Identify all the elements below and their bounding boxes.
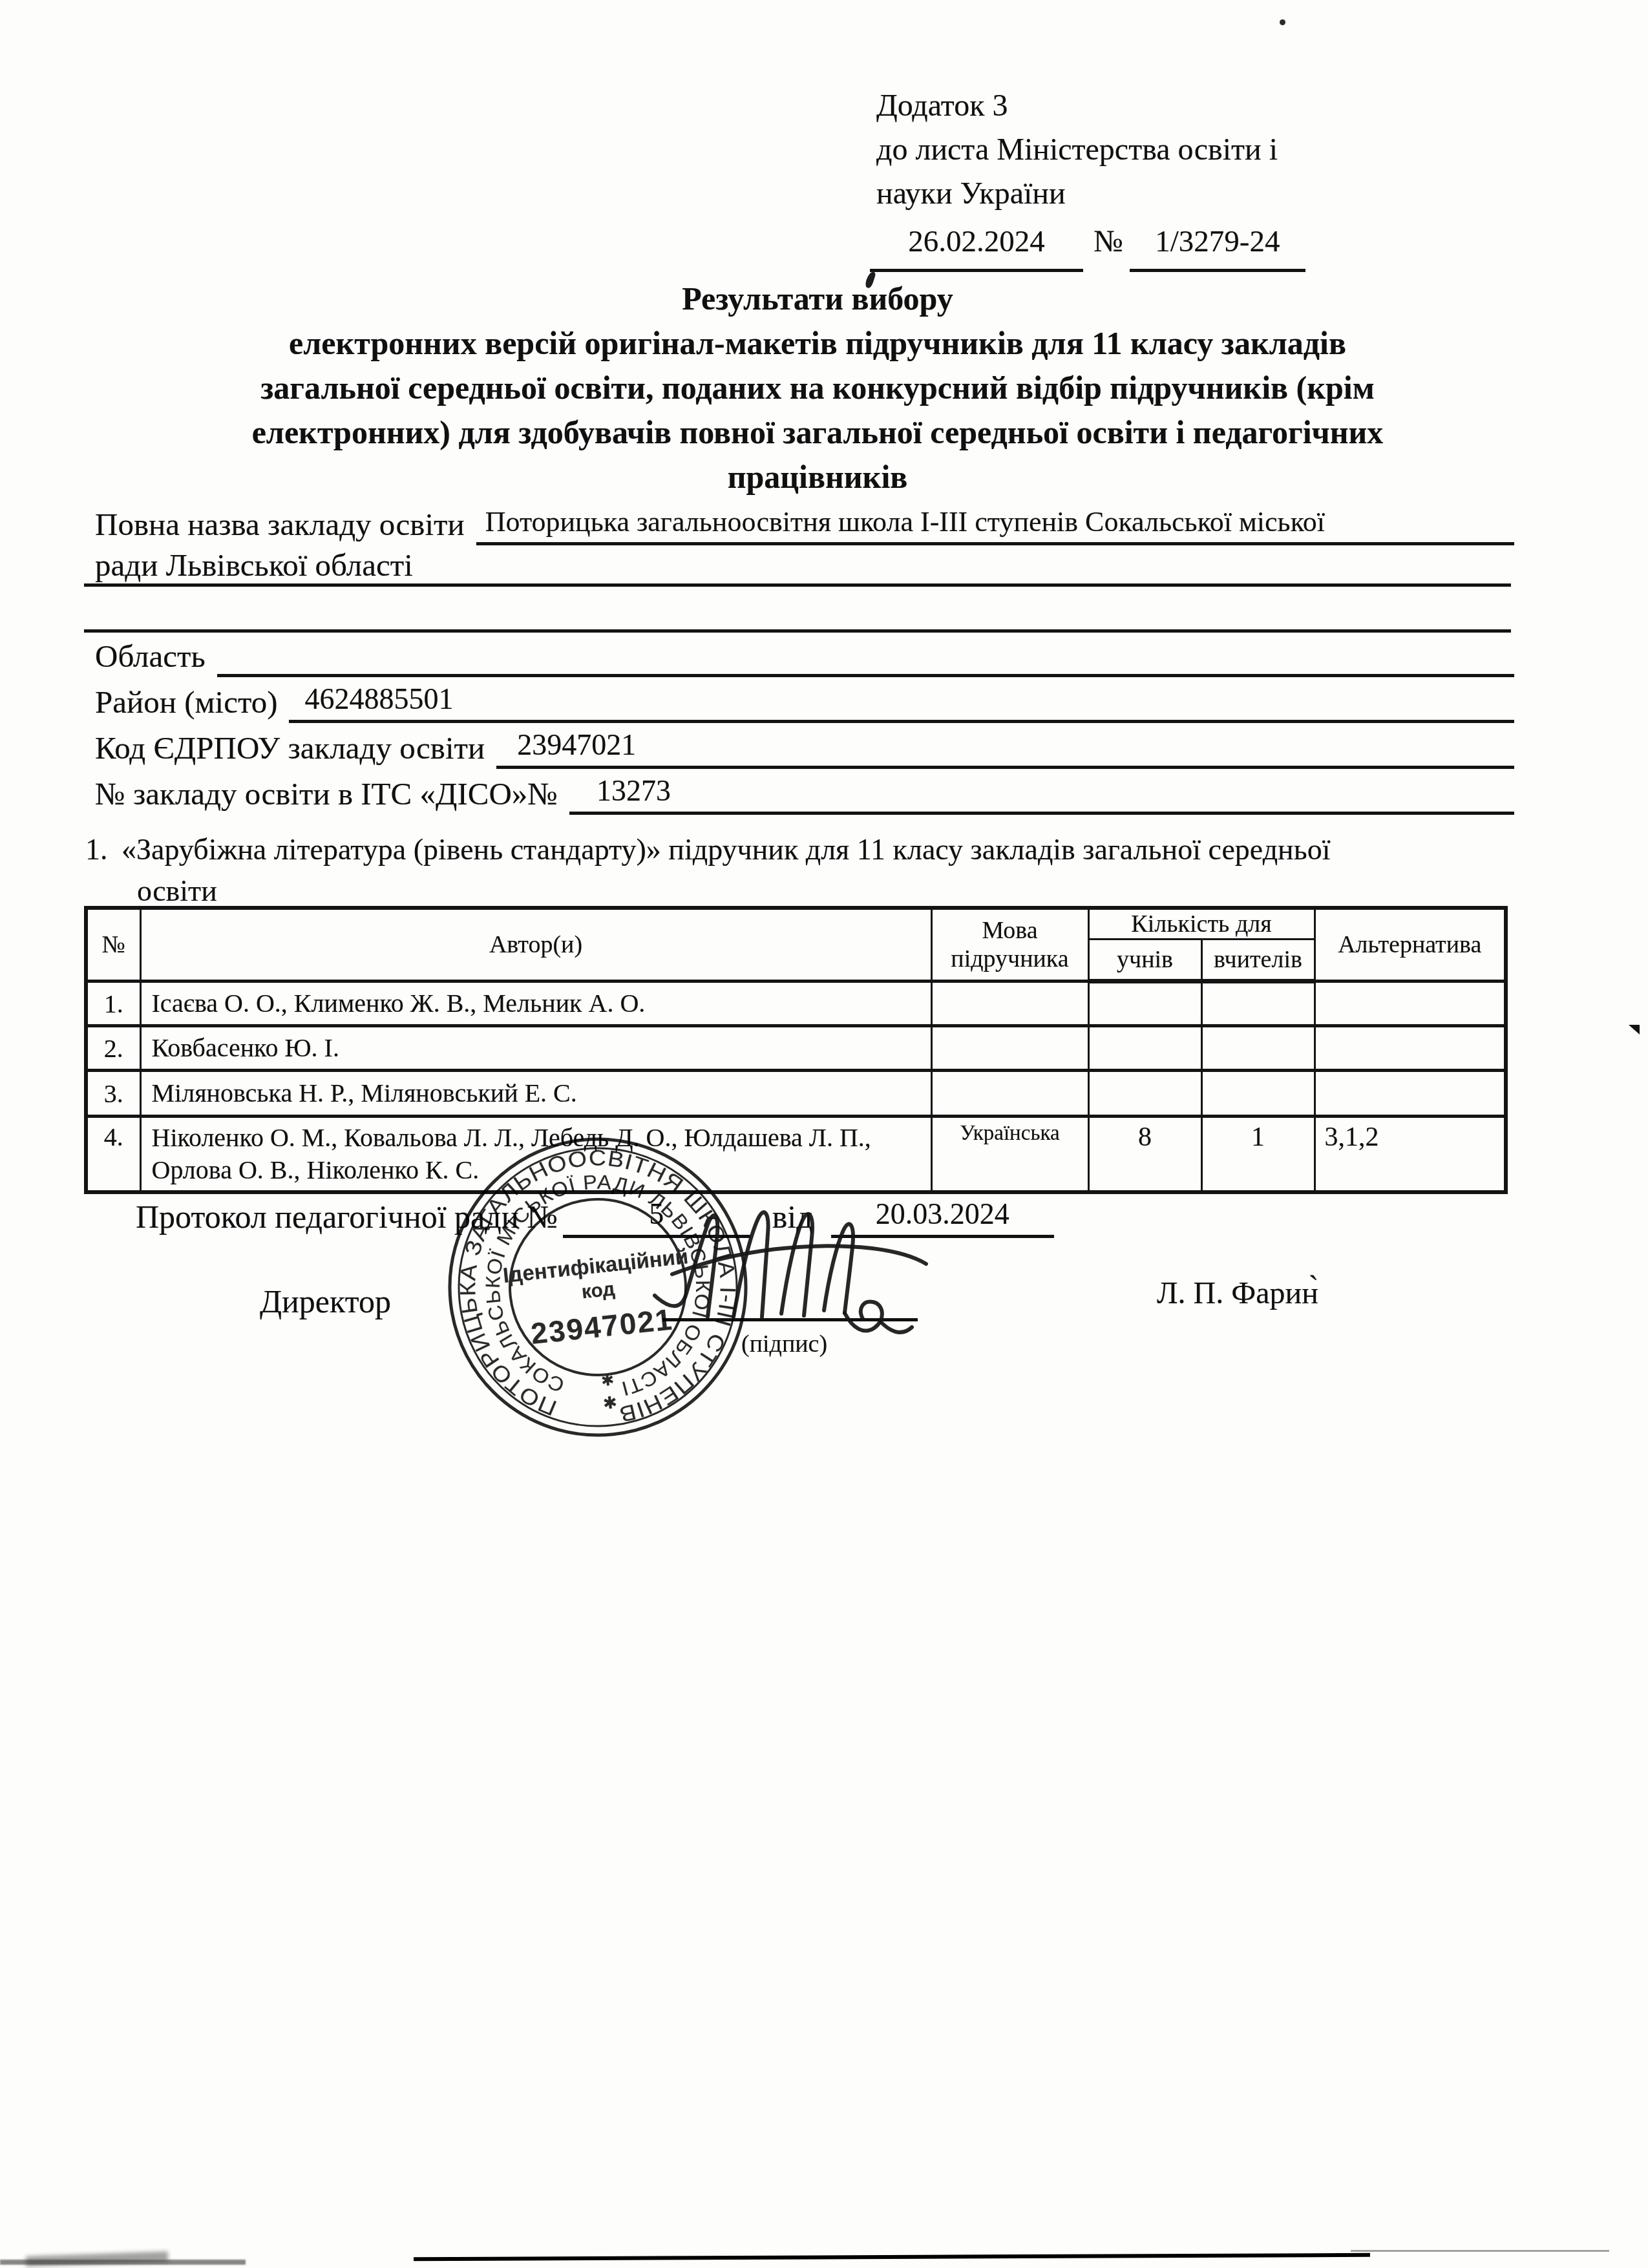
col-header-teachers: вчителів — [1201, 940, 1315, 982]
numero-sign: № — [1093, 224, 1123, 258]
list-item-number: 1. — [85, 832, 121, 866]
row-alternative — [1315, 1071, 1506, 1117]
field-school-value-line2: ради Львівської області — [84, 547, 1511, 587]
field-itc-diso: № закладу освіти в ІТС «ДІСО»№ 13273 — [95, 773, 1514, 815]
field-school-label: Повна назва закладу освіти — [95, 506, 476, 545]
row-teachers — [1201, 982, 1315, 1026]
title-line-3: загальної середньої освіти, поданих на к… — [107, 366, 1528, 410]
field-itc-label: № закладу освіти в ІТС «ДІСО»№ — [95, 775, 569, 815]
document-title: Результати вибору електронних версій ори… — [107, 277, 1528, 499]
row-alternative: 3,1,2 — [1315, 1117, 1506, 1193]
list-item-1: 1.«Зарубіжна література (рівень стандарт… — [85, 832, 1330, 866]
col-header-language: Мова підручника — [931, 908, 1088, 982]
row-number: 1. — [86, 982, 140, 1026]
col-header-num: № — [86, 908, 140, 982]
list-item-1-wrap: освіти — [137, 874, 217, 908]
row-authors: Міляновська Н. Р., Міляновський Е. С. — [140, 1071, 931, 1117]
row-language — [931, 982, 1088, 1026]
row-authors: Ісаєва О. О., Клименко Ж. В., Мельник А.… — [140, 982, 931, 1026]
field-oblast: Область — [95, 636, 1514, 677]
table-row: 4. Ніколенко О. М., Ковальова Л. Л., Леб… — [86, 1117, 1506, 1193]
annex-date: 26.02.2024 — [870, 220, 1083, 272]
field-edrpou: Код ЄДРПОУ закладу освіти 23947021 — [95, 728, 1514, 769]
blank-rule-line — [84, 591, 1511, 633]
scan-artifact-line-right — [1351, 2250, 1609, 2252]
row-language — [931, 1071, 1088, 1117]
annex-number: 1/3279-24 — [1130, 220, 1305, 272]
field-oblast-label: Область — [95, 638, 217, 677]
row-students — [1088, 1071, 1201, 1117]
row-language: Українська — [931, 1117, 1088, 1193]
textbook-selection-table: № Автор(и) Мова підручника Кількість для… — [84, 906, 1508, 1194]
row-number: 4. — [86, 1117, 140, 1193]
annex-line-3: науки України — [876, 172, 1305, 216]
handwritten-signature — [637, 1189, 973, 1363]
row-alternative — [1315, 1026, 1506, 1071]
annex-line-2: до листа Міністерства освіти і — [876, 128, 1305, 172]
row-number: 3. — [86, 1071, 140, 1117]
col-header-quantity: Кількість для — [1088, 908, 1315, 940]
scan-artifact-line — [414, 2253, 1370, 2261]
stamp-center-line2: код — [580, 1278, 616, 1303]
title-line-4: електронних) для здобувачів повної загал… — [107, 410, 1528, 455]
table-row: 2. Ковбасенко Ю. І. — [86, 1026, 1506, 1071]
annex-header: Додаток 3 до листа Міністерства освіти і… — [876, 84, 1305, 272]
col-header-alternative: Альтернатива — [1315, 908, 1506, 982]
list-item-text: «Зарубіжна література (рівень стандарту)… — [121, 833, 1330, 866]
col-header-language-line1: Мова — [933, 916, 1088, 945]
director-name: Л. П. Фарин̀ — [1157, 1276, 1318, 1311]
stamp-star-outer: ✱ — [602, 1392, 618, 1413]
row-language — [931, 1026, 1088, 1071]
row-teachers: 1 — [1201, 1117, 1315, 1193]
stamp-star-inner: ✱ — [600, 1371, 615, 1390]
row-students — [1088, 1026, 1201, 1071]
table-row: 3. Міляновська Н. Р., Міляновський Е. С. — [86, 1071, 1506, 1117]
col-header-language-line2: підручника — [933, 945, 1088, 973]
row-authors: Ковбасенко Ю. І. — [140, 1026, 931, 1071]
field-itc-value: 13273 — [569, 773, 1514, 815]
field-oblast-value — [217, 670, 1514, 677]
field-rayon-value: 4624885501 — [289, 682, 1514, 723]
field-edrpou-label: Код ЄДРПОУ закладу освіти — [95, 730, 496, 769]
title-line-2: електронних версій оригінал-макетів підр… — [107, 321, 1528, 366]
field-edrpou-value: 23947021 — [496, 728, 1514, 769]
row-students: 8 — [1088, 1117, 1201, 1193]
row-alternative — [1315, 982, 1506, 1026]
field-rayon: Район (місто) 4624885501 — [95, 682, 1514, 723]
scan-mark-right-edge — [1629, 1025, 1640, 1034]
table-row: 1. Ісаєва О. О., Клименко Ж. В., Мельник… — [86, 982, 1506, 1026]
scanned-document-page: Додаток 3 до листа Міністерства освіти і… — [0, 0, 1648, 2268]
col-header-authors: Автор(и) — [140, 908, 931, 982]
row-teachers — [1201, 1071, 1315, 1117]
scan-speck-top-right — [1280, 19, 1285, 25]
table-header-row-1: № Автор(и) Мова підручника Кількість для… — [86, 908, 1506, 940]
row-teachers — [1201, 1026, 1315, 1071]
title-line-1: Результати вибору — [107, 277, 1528, 321]
row-students — [1088, 982, 1201, 1026]
title-line-5: працівників — [107, 455, 1528, 499]
field-school-name: Повна назва закладу освіти Поторицька за… — [95, 503, 1514, 545]
annex-line-1: Додаток 3 — [876, 84, 1305, 128]
row-number: 2. — [86, 1026, 140, 1071]
field-rayon-label: Район (місто) — [95, 684, 289, 723]
director-label: Директор — [260, 1283, 391, 1320]
col-header-students: учнів — [1088, 940, 1201, 982]
field-school-value: Поторицька загальноосвітня школа І-ІІІ с… — [476, 505, 1514, 545]
annex-date-line: 26.02.2024№1/3279-24 — [870, 220, 1305, 272]
